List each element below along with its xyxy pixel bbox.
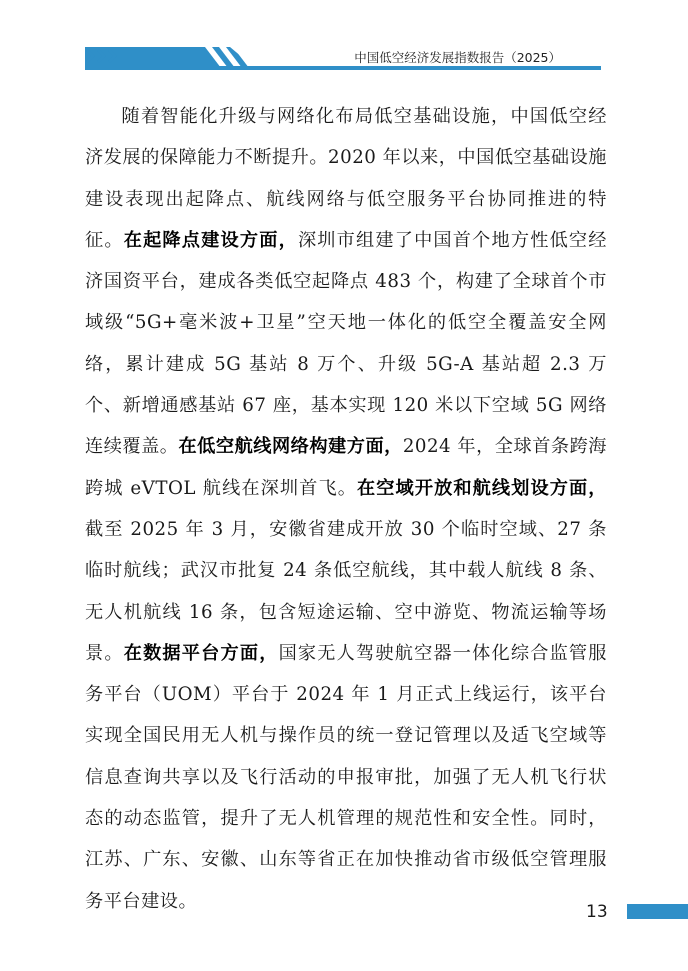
bold-heading-data-platform: 在数据平台方面， — [124, 643, 279, 664]
text-segment: 深圳市组建了中国首个地方性低空经济国资平台，建成各类低空起降点 483 个，构建… — [85, 230, 607, 457]
chevrons-right-icon — [85, 49, 119, 63]
page-header: 中国低空经济发展指数报告（2025） — [85, 46, 601, 72]
page-number: 13 — [586, 902, 608, 922]
bold-heading-route-network: 在低空航线网络构建方面， — [178, 436, 402, 457]
body-paragraph: 随着智能化升级与网络化布局低空基础设施，中国低空经济发展的保障能力不断提升。20… — [85, 96, 607, 922]
text-segment: 国家无人驾驶航空器一体化综合监管服务平台（UOM）平台于 2024 年 1 月正… — [85, 643, 607, 912]
report-title: 中国低空经济发展指数报告（2025） — [354, 48, 561, 66]
footer-accent-bar — [627, 904, 688, 919]
bold-heading-airspace: 在空域开放和航线划设方面， — [357, 478, 607, 499]
bold-heading-landing-points: 在起降点建设方面， — [124, 230, 298, 251]
